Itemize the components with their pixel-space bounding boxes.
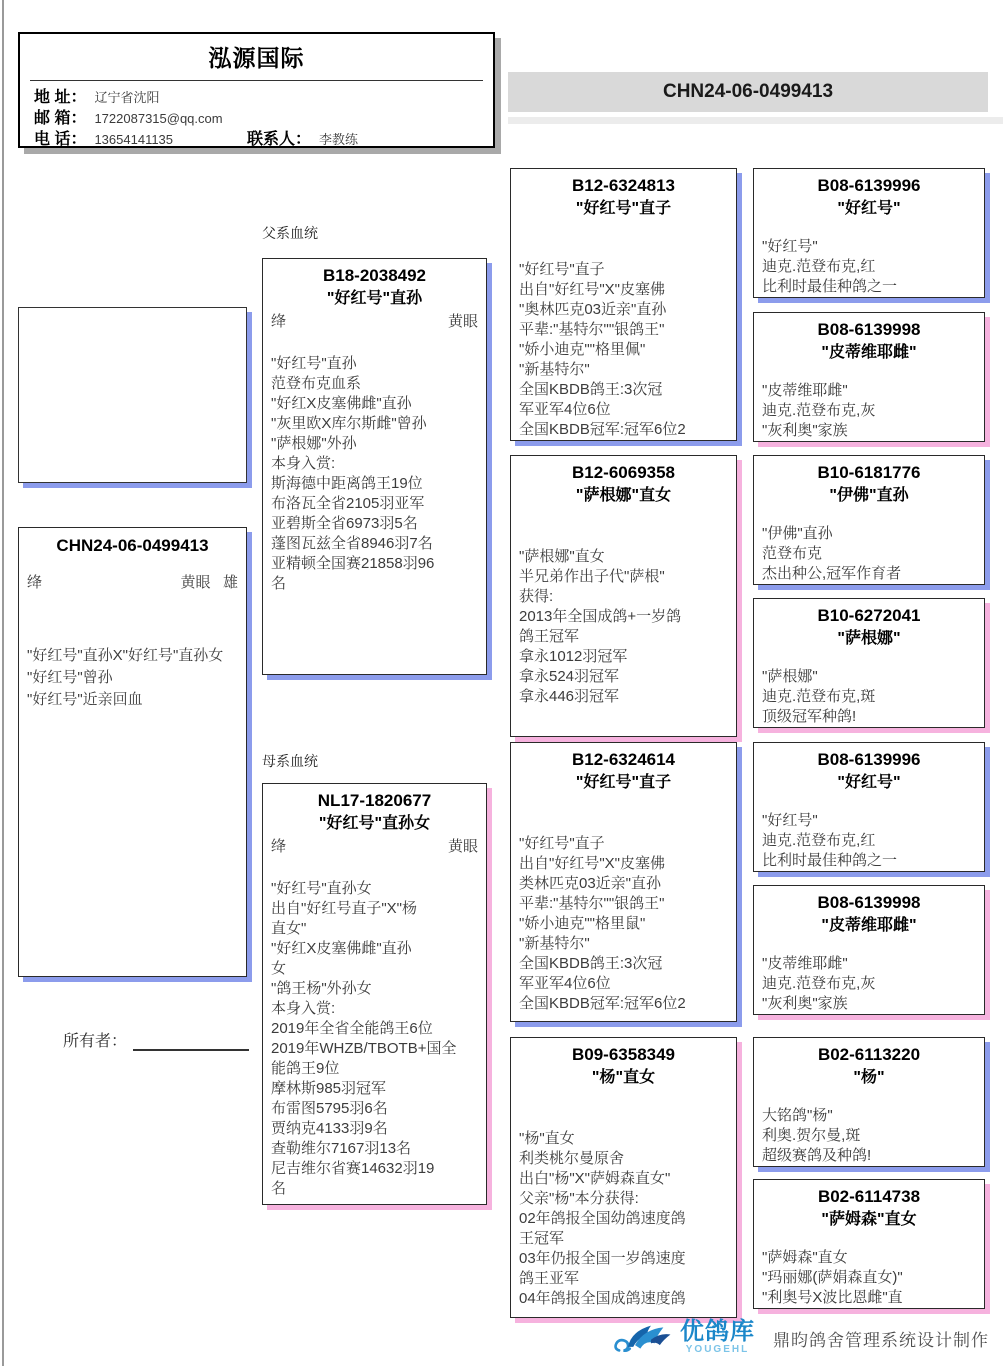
sire-traits-row: 绛 黄眼	[271, 312, 478, 332]
pedigree-ring: B12-6324614	[519, 748, 728, 772]
dam-box: NL17-1820677 "好红号"直孙女 绛 黄眼 "好红号"直孙女 出自"好…	[262, 783, 487, 1205]
pedigree-ring: B02-6114738	[762, 1185, 976, 1209]
great-grandparent-box-2: B08-6139998 "皮蒂维耶雌" "皮蒂维耶雌" 迪克.范登布克,灰 "灰…	[753, 312, 985, 442]
great-grandparent-box-4: B10-6272041 "萨根娜" "萨根娜" 迪克.范登布克,斑 顶级冠军种鸽…	[753, 598, 985, 728]
footer: 优鸽库 YOUGEHL 鼎昀鸽舍管理系统设计制作	[612, 1314, 992, 1362]
contact-value: 李教练	[319, 129, 358, 150]
brand-name: 优鸽库	[680, 1320, 755, 1344]
ring-number-banner: CHN24-06-0499413	[508, 72, 988, 112]
banner-underline-strip	[508, 117, 1003, 124]
email-label: 邮 箱：	[34, 108, 86, 129]
pedigree-description: "伊佛"直孙 范登布克 杰出种公,冠军作育者	[762, 524, 976, 584]
pedigree-name: "伊佛"直孙	[762, 485, 976, 507]
pedigree-description: "萨根娜"直女 半兄弟作出子代"萨根" 获得: 2013年全国成鸽+一岁鸽 鸽王…	[519, 547, 728, 707]
granddam-paternal-box: B12-6069358 "萨根娜"直女 "萨根娜"直女 半兄弟作出子代"萨根" …	[510, 455, 737, 737]
pedigree-name: "杨"直女	[519, 1067, 728, 1089]
pedigree-description: "皮蒂维耶雌" 迪克.范登布克,灰 "灰利奥"家族	[762, 381, 976, 441]
pedigree-name: "好红号"	[762, 772, 976, 794]
pedigree-description: "皮蒂维耶雌" 迪克.范登布克,灰 "灰利奥"家族	[762, 954, 976, 1014]
subject-ring: CHN24-06-0499413	[27, 533, 238, 559]
subject-traits-row: 绛 黄眼 雄	[27, 573, 238, 593]
dam-description: "好红号"直孙女 出自"好红号直子"X"杨 直女" "好红X皮塞佛雌"直孙 女 …	[271, 879, 478, 1199]
pedigree-name: "皮蒂维耶雌"	[762, 342, 976, 364]
page-left-border	[2, 0, 4, 1366]
pedigree-name: "萨姆森"直女	[762, 1209, 976, 1231]
email-value: 1722087315@qq.com	[94, 108, 222, 129]
pedigree-ring: B10-6272041	[762, 604, 976, 628]
owner-blank-line	[133, 1033, 249, 1051]
subject-description: "好红号"直孙X"好红号"直孙女 "好红号"曾孙 "好红号"近亲回血	[27, 645, 238, 711]
dam-name: "好红号"直孙女	[271, 813, 478, 835]
great-grandparent-box-1: B08-6139996 "好红号" "好红号" 迪克.范登布克,红 比利时最佳种…	[753, 168, 985, 298]
pedigree-name: "萨根娜"直女	[519, 485, 728, 507]
email-row: 邮 箱： 1722087315@qq.com	[34, 108, 479, 129]
address-value: 辽宁省沈阳	[94, 87, 159, 108]
sire-box: B18-2038492 "好红号"直孙 绛 黄眼 "好红号"直孙 范登布克血系 …	[262, 258, 487, 675]
dam-traits-row: 绛 黄眼	[271, 837, 478, 857]
great-grandparent-box-8: B02-6114738 "萨姆森"直女 "萨姆森"直女 "玛丽娜(萨娟森直女)"…	[753, 1179, 985, 1309]
pedigree-ring: B08-6139998	[762, 318, 976, 342]
pedigree-ring: B12-6069358	[519, 461, 728, 485]
great-grandparent-box-6: B08-6139998 "皮蒂维耶雌" "皮蒂维耶雌" 迪克.范登布克,灰 "灰…	[753, 885, 985, 1015]
paternal-lineage-label: 父系血统	[262, 223, 318, 243]
header-divider	[30, 80, 483, 81]
sire-name: "好红号"直孙	[271, 288, 478, 310]
subject-color: 绛	[27, 573, 42, 593]
dam-ring: NL17-1820677	[271, 789, 478, 813]
phone-label: 电 话：	[34, 129, 86, 150]
pedigree-ring: B09-6358349	[519, 1043, 728, 1067]
pedigree-ring: B02-6113220	[762, 1043, 976, 1067]
loft-header-box: 泓源国际 地 址： 辽宁省沈阳 邮 箱： 1722087315@qq.com 电…	[18, 32, 495, 148]
pedigree-name: "好红号"直子	[519, 198, 728, 220]
pedigree-ring: B12-6324813	[519, 174, 728, 198]
pedigree-ring: B10-6181776	[762, 461, 976, 485]
bird-logo-icon	[612, 1316, 674, 1360]
pedigree-description: "杨"直女 利类桃尔曼原舍 出白"杨"X"萨姆森直女" 父亲"杨"本分获得: 0…	[519, 1129, 728, 1309]
sire-eye: 黄眼	[448, 312, 478, 332]
brand-subtitle: YOUGEHL	[686, 1344, 749, 1356]
owner-label: 所有者：	[63, 1028, 127, 1051]
great-grandparent-box-7: B02-6113220 "杨" 大铭鸽"杨" 利奥.贺尔曼,斑 超级赛鸽及种鸽!	[753, 1037, 985, 1167]
pedigree-name: "皮蒂维耶雌"	[762, 915, 976, 937]
pedigree-description: "萨根娜" 迪克.范登布克,斑 顶级冠军种鸽!	[762, 667, 976, 727]
dam-eye: 黄眼	[448, 837, 478, 857]
pedigree-description: "好红号" 迪克.范登布克,红 比利时最佳种鸽之一	[762, 811, 976, 871]
subject-sex: 雄	[223, 574, 238, 591]
great-grandparent-box-3: B10-6181776 "伊佛"直孙 "伊佛"直孙 范登布克 杰出种公,冠军作育…	[753, 455, 985, 585]
pedigree-name: "杨"	[762, 1067, 976, 1089]
pedigree-name: "萨根娜"	[762, 628, 976, 650]
pedigree-description: "萨姆森"直女 "玛丽娜(萨娟森直女)" "利奥号X波比恩雌"直	[762, 1248, 976, 1308]
address-row: 地 址： 辽宁省沈阳	[34, 87, 479, 108]
pedigree-description: "好红号"直子 出自"好红号"X"皮塞佛 "奥林匹克03近亲"直孙 平辈:"基特…	[519, 260, 728, 440]
contact-label: 联系人：	[247, 129, 311, 150]
pedigree-ring: B08-6139996	[762, 174, 976, 198]
company-name: 泓源国际	[34, 40, 479, 73]
pedigree-description: 大铭鸽"杨" 利奥.贺尔曼,斑 超级赛鸽及种鸽!	[762, 1106, 976, 1166]
pedigree-name: "好红号"	[762, 198, 976, 220]
maternal-lineage-label: 母系血统	[262, 751, 318, 771]
pedigree-ring: B08-6139998	[762, 891, 976, 915]
great-grandparent-box-5: B08-6139996 "好红号" "好红号" 迪克.范登布克,红 比利时最佳种…	[753, 742, 985, 872]
address-label: 地 址：	[34, 87, 86, 108]
phone-value: 13654141135	[94, 129, 173, 150]
dam-color: 绛	[271, 837, 286, 857]
subject-box: CHN24-06-0499413 绛 黄眼 雄 "好红号"直孙X"好红号"直孙女…	[18, 527, 247, 977]
pedigree-description: "好红号" 迪克.范登布克,红 比利时最佳种鸽之一	[762, 237, 976, 297]
brand-wrap: 优鸽库 YOUGEHL	[680, 1320, 755, 1356]
credit-text: 鼎昀鸽舍管理系统设计制作	[773, 1326, 989, 1351]
owner-row: 所有者：	[63, 1028, 249, 1051]
grandsire-paternal-box: B12-6324813 "好红号"直子 "好红号"直子 出自"好红号"X"皮塞佛…	[510, 168, 737, 441]
sire-description: "好红号"直孙 范登布克血系 "好红X皮塞佛雌"直孙 "灰里欧X库尔斯雌"曾孙 …	[271, 354, 478, 594]
grandsire-maternal-box: B12-6324614 "好红号"直子 "好红号"直子 出自"好红号"X"皮塞佛…	[510, 742, 737, 1022]
granddam-maternal-box: B09-6358349 "杨"直女 "杨"直女 利类桃尔曼原舍 出白"杨"X"萨…	[510, 1037, 737, 1318]
sire-color: 绛	[271, 312, 286, 332]
phone-row: 电 话： 13654141135 联系人： 李教练	[34, 129, 479, 150]
pigeon-photo-placeholder	[18, 307, 247, 483]
pedigree-ring: B08-6139996	[762, 748, 976, 772]
sire-ring: B18-2038492	[271, 264, 478, 288]
pedigree-name: "好红号"直子	[519, 772, 728, 794]
pedigree-description: "好红号"直子 出自"好红号"X"皮塞佛 类林匹克03近亲"直孙 平辈:"基特尔…	[519, 834, 728, 1014]
subject-eye: 黄眼	[180, 574, 210, 591]
